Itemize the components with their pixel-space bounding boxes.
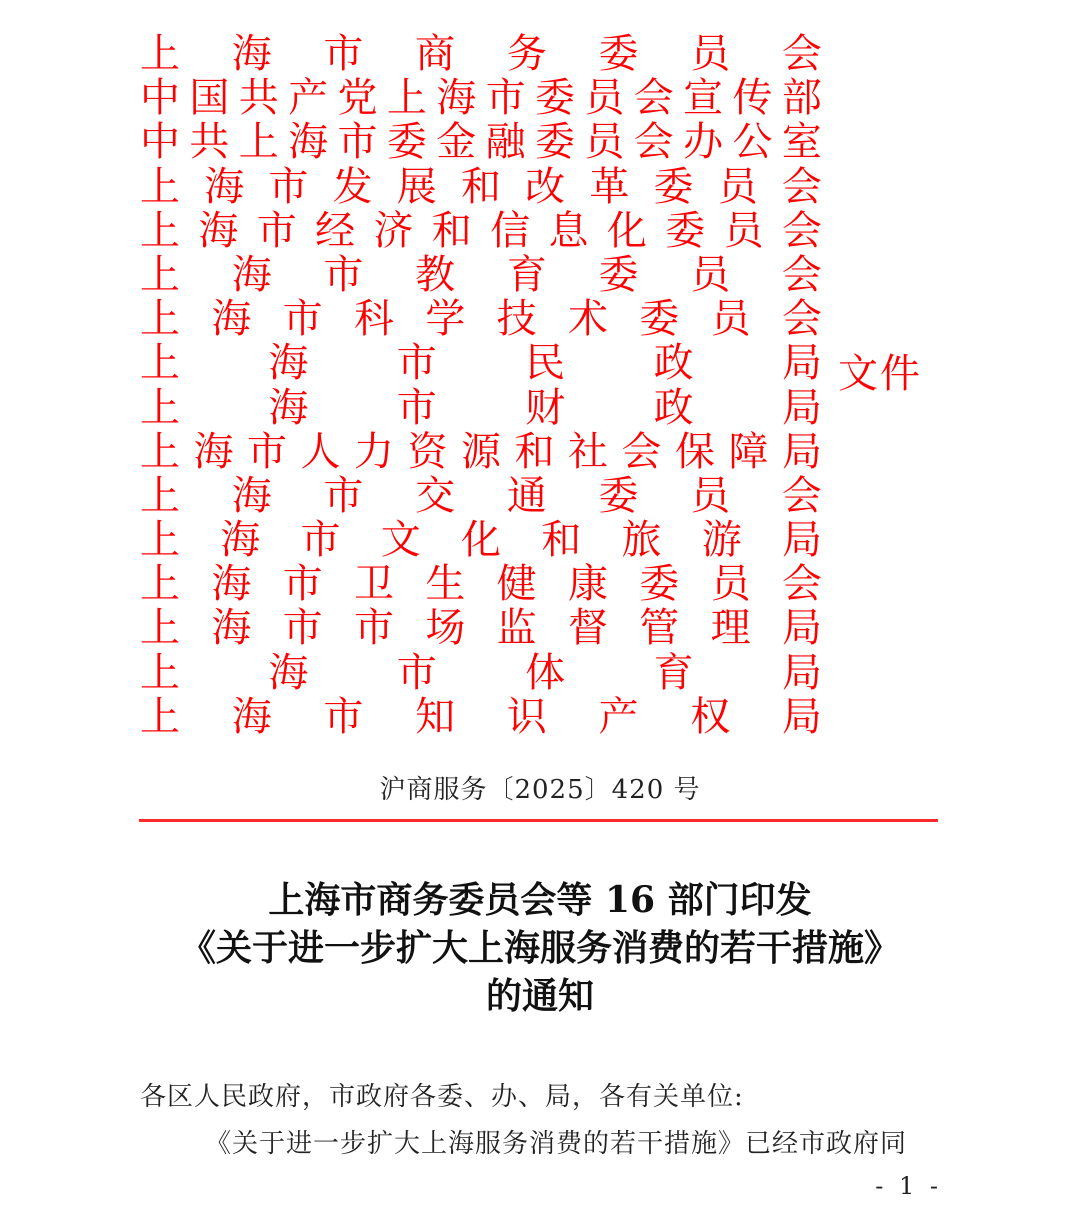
issuer-char: 术 (568, 297, 608, 341)
issuer-char: 员 (711, 562, 751, 606)
issuer-char: 局 (782, 518, 822, 562)
issuing-agencies-block: 上海市商务委员会中国共产党上海市委员会宣传部中共上海市委金融委员会办公室上海市发… (140, 32, 822, 739)
issuer-char: 会 (782, 562, 822, 606)
issuer-char: 传 (733, 76, 773, 120)
issuer-char: 交 (415, 474, 455, 518)
issuer-char: 财 (525, 386, 565, 430)
issuer-agency-row: 上海市人力资源和社会保障局 (140, 430, 822, 474)
issuer-char: 中 (140, 76, 180, 120)
title-line-1: 上海市商务委员会等 16 部门印发 (0, 876, 1080, 924)
salutation: 各区人民政府，市政府各委、办、局，各有关单位: (140, 1076, 744, 1113)
issuer-char: 党 (338, 76, 378, 120)
issuer-char: 和 (515, 430, 555, 474)
issuer-char: 产 (288, 76, 328, 120)
red-divider-line (139, 819, 938, 822)
issuer-char: 委 (535, 120, 575, 164)
issuer-char: 革 (589, 165, 629, 209)
issuer-agency-row: 中共上海市委金融委员会办公室 (140, 120, 822, 164)
issuer-char: 监 (497, 606, 537, 650)
issuer-char: 健 (497, 562, 537, 606)
issuer-char: 旅 (622, 518, 662, 562)
issuer-char: 海 (211, 297, 251, 341)
page-number: - 1 - (875, 1170, 942, 1202)
issuer-char: 市 (257, 209, 297, 253)
issuer-char: 务 (507, 32, 547, 76)
issuer-char: 卫 (354, 562, 394, 606)
issuer-agency-row: 上海市交通委员会 (140, 474, 822, 518)
issuer-char: 市 (301, 518, 341, 562)
issuer-char: 场 (425, 606, 465, 650)
issuer-char: 委 (639, 297, 679, 341)
issuer-char: 部 (782, 76, 822, 120)
issuer-char: 局 (782, 695, 822, 739)
issuer-char: 员 (711, 297, 751, 341)
issuer-char: 文 (381, 518, 421, 562)
issuer-char: 生 (425, 562, 465, 606)
issuer-char: 上 (239, 120, 279, 164)
issuer-char: 上 (140, 386, 180, 430)
issuer-char: 金 (436, 120, 476, 164)
issuer-agency-row: 上海市财政局 (140, 386, 822, 430)
issuer-char: 民 (525, 341, 565, 385)
issuer-char: 济 (373, 209, 413, 253)
issuer-char: 委 (639, 562, 679, 606)
issuer-char: 办 (683, 120, 723, 164)
issuer-char: 局 (782, 651, 822, 695)
issuer-char: 游 (702, 518, 742, 562)
issuer-char: 市 (283, 562, 323, 606)
issuer-char: 商 (415, 32, 455, 76)
issuer-char: 知 (415, 695, 455, 739)
issuer-char: 通 (507, 474, 547, 518)
issuer-char: 市 (323, 474, 363, 518)
issuer-char: 政 (654, 386, 694, 430)
issuer-char: 委 (665, 209, 705, 253)
issuer-char: 学 (425, 297, 465, 341)
issuer-char: 督 (568, 606, 608, 650)
issuer-char: 市 (486, 76, 526, 120)
issuer-char: 市 (323, 32, 363, 76)
issuer-char: 和 (541, 518, 581, 562)
issuer-char: 海 (211, 606, 251, 650)
issuer-agency-row: 中国共产党上海市委员会宣传部 (140, 76, 822, 120)
issuer-agency-row: 上海市商务委员会 (140, 32, 822, 76)
issuer-char: 改 (525, 165, 565, 209)
issuer-char: 识 (507, 695, 547, 739)
issuer-char: 上 (140, 209, 180, 253)
issuer-char: 海 (232, 695, 272, 739)
issuer-agency-row: 上海市经济和信息化委员会 (140, 209, 822, 253)
issuer-char: 共 (239, 76, 279, 120)
issuer-char: 员 (724, 209, 764, 253)
issuer-char: 会 (782, 209, 822, 253)
issuer-agency-row: 上海市文化和旅游局 (140, 518, 822, 562)
issuer-char: 技 (497, 297, 537, 341)
issuer-char: 海 (194, 430, 234, 474)
issuer-char: 海 (232, 32, 272, 76)
issuer-char: 育 (507, 253, 547, 297)
issuer-char: 委 (599, 474, 639, 518)
issuer-char: 上 (140, 165, 180, 209)
issuer-char: 委 (535, 76, 575, 120)
issuer-char: 体 (525, 651, 565, 695)
issuer-char: 产 (599, 695, 639, 739)
issuer-char: 海 (288, 120, 328, 164)
issuer-char: 局 (782, 430, 822, 474)
issuer-char: 障 (729, 430, 769, 474)
issuer-char: 展 (397, 165, 437, 209)
issuer-char: 源 (461, 430, 501, 474)
issuer-char: 国 (189, 76, 229, 120)
issuer-char: 理 (711, 606, 751, 650)
issuer-char: 市 (397, 651, 437, 695)
issuer-char: 海 (204, 165, 244, 209)
issuer-char: 和 (432, 209, 472, 253)
issuer-char: 市 (247, 430, 287, 474)
issuer-agency-row: 上海市市场监督管理局 (140, 606, 822, 650)
issuer-char: 市 (323, 253, 363, 297)
issuer-char: 融 (486, 120, 526, 164)
issuer-char: 社 (568, 430, 608, 474)
issuer-char: 上 (140, 651, 180, 695)
issuer-char: 会 (782, 474, 822, 518)
issuer-char: 上 (140, 474, 180, 518)
issuer-char: 上 (140, 32, 180, 76)
issuer-char: 海 (211, 562, 251, 606)
issuer-char: 市 (397, 386, 437, 430)
issuer-char: 局 (782, 606, 822, 650)
issuer-char: 上 (140, 341, 180, 385)
issuer-char: 中 (140, 120, 180, 164)
document-type-label: 文件 (838, 352, 922, 396)
issuer-char: 局 (782, 341, 822, 385)
issuer-char: 上 (140, 253, 180, 297)
issuer-char: 市 (354, 606, 394, 650)
issuer-char: 科 (354, 297, 394, 341)
issuer-char: 上 (140, 562, 180, 606)
document-page: 上海市商务委员会中国共产党上海市委员会宣传部中共上海市委金融委员会办公室上海市发… (0, 0, 1080, 1219)
issuer-char: 市 (338, 120, 378, 164)
issuer-char: 康 (568, 562, 608, 606)
issuer-char: 市 (283, 606, 323, 650)
issuer-char: 市 (397, 341, 437, 385)
issuer-char: 人 (301, 430, 341, 474)
issuer-char: 会 (782, 165, 822, 209)
issuer-char: 委 (654, 165, 694, 209)
issuer-char: 上 (140, 430, 180, 474)
issuer-char: 会 (782, 32, 822, 76)
issuer-char: 员 (718, 165, 758, 209)
issuer-char: 海 (232, 253, 272, 297)
issuer-char: 信 (490, 209, 530, 253)
issuer-char: 会 (634, 120, 674, 164)
title-line-2: 《关于进一步扩大上海服务消费的若干措施》 (0, 924, 1080, 972)
issuer-char: 保 (675, 430, 715, 474)
issuer-agency-row: 上海市科学技术委员会 (140, 297, 822, 341)
issuer-char: 市 (323, 695, 363, 739)
issuer-char: 化 (607, 209, 647, 253)
issuer-char: 上 (140, 695, 180, 739)
issuer-char: 会 (782, 253, 822, 297)
issuer-char: 海 (268, 341, 308, 385)
issuer-char: 海 (232, 474, 272, 518)
issuer-char: 共 (189, 120, 229, 164)
issuer-char: 息 (549, 209, 589, 253)
issuer-char: 市 (268, 165, 308, 209)
issuer-char: 管 (639, 606, 679, 650)
document-title: 上海市商务委员会等 16 部门印发 《关于进一步扩大上海服务消费的若干措施》 的… (0, 876, 1080, 1020)
issuer-char: 上 (140, 297, 180, 341)
issuer-char: 局 (782, 386, 822, 430)
issuer-char: 员 (690, 474, 730, 518)
issuer-agency-row: 上海市教育委员会 (140, 253, 822, 297)
issuer-char: 权 (690, 695, 730, 739)
issuer-char: 员 (584, 120, 624, 164)
issuer-char: 发 (333, 165, 373, 209)
issuer-char: 员 (690, 253, 730, 297)
issuer-agency-row: 上海市体育局 (140, 651, 822, 695)
document-number: 沪商服务〔2025〕420 号 (0, 772, 1080, 808)
issuer-char: 会 (782, 297, 822, 341)
issuer-char: 会 (622, 430, 662, 474)
issuer-char: 和 (461, 165, 501, 209)
issuer-agency-row: 上海市卫生健康委员会 (140, 562, 822, 606)
body-paragraph: 《关于进一步扩大上海服务消费的若干措施》已经市政府同 (205, 1124, 907, 1164)
issuer-char: 上 (140, 518, 180, 562)
issuer-char: 公 (733, 120, 773, 164)
issuer-char: 委 (599, 253, 639, 297)
issuer-char: 委 (599, 32, 639, 76)
issuer-char: 资 (408, 430, 448, 474)
issuer-char: 海 (268, 651, 308, 695)
issuer-char: 室 (782, 120, 822, 164)
issuer-char: 海 (436, 76, 476, 120)
issuer-agency-row: 上海市发展和改革委员会 (140, 165, 822, 209)
issuer-char: 市 (283, 297, 323, 341)
issuer-char: 化 (461, 518, 501, 562)
issuer-char: 经 (315, 209, 355, 253)
issuer-char: 政 (654, 341, 694, 385)
issuer-char: 力 (354, 430, 394, 474)
issuer-char: 海 (198, 209, 238, 253)
title-line-3: 的通知 (0, 972, 1080, 1020)
issuer-char: 上 (387, 76, 427, 120)
issuer-agency-row: 上海市民政局 (140, 341, 822, 385)
issuer-char: 员 (584, 76, 624, 120)
issuer-char: 教 (415, 253, 455, 297)
issuer-char: 海 (268, 386, 308, 430)
issuer-char: 海 (220, 518, 260, 562)
issuer-char: 宣 (683, 76, 723, 120)
issuer-char: 上 (140, 606, 180, 650)
issuer-char: 育 (654, 651, 694, 695)
issuer-char: 委 (387, 120, 427, 164)
issuer-agency-row: 上海市知识产权局 (140, 695, 822, 739)
issuer-char: 会 (634, 76, 674, 120)
issuer-char: 员 (690, 32, 730, 76)
